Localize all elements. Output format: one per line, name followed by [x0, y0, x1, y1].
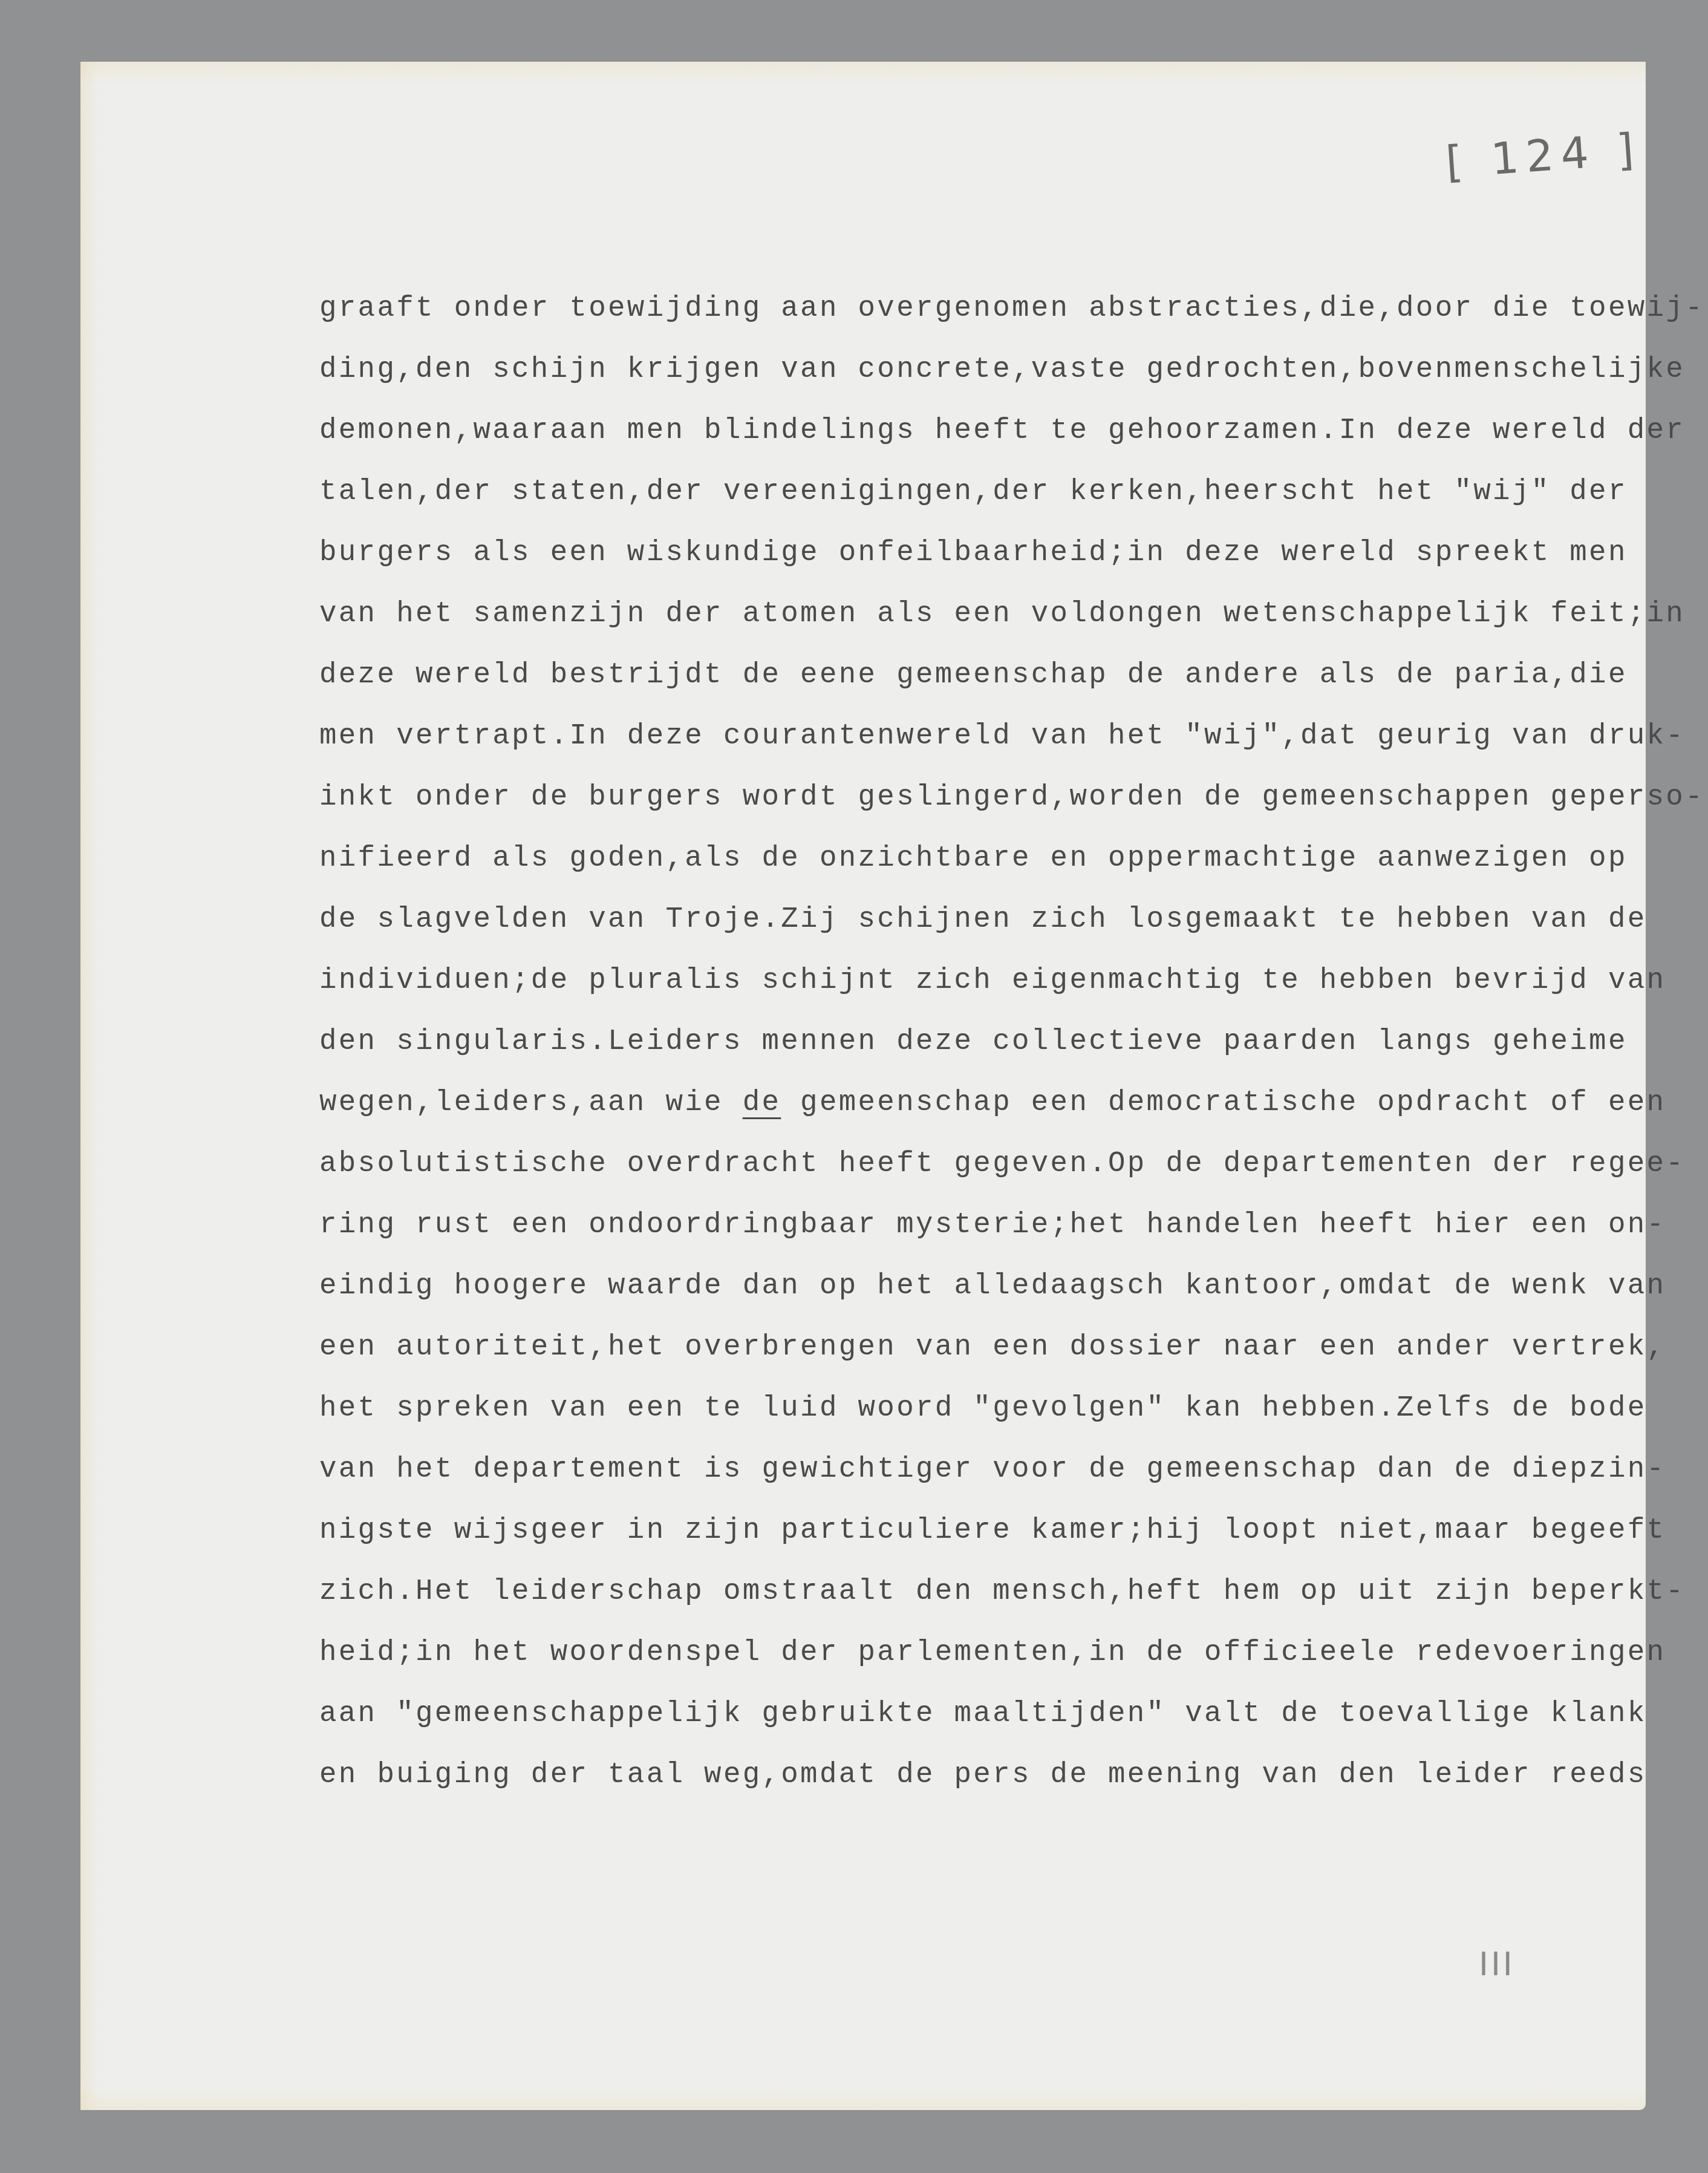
text-line: talen,der staten,der vereenigingen,der k… — [319, 462, 1650, 523]
text-line: heid;in het woordenspel der parlementen,… — [319, 1622, 1650, 1684]
text-line: nifieerd als goden,als de onzichtbare en… — [319, 828, 1650, 889]
text-line: absolutistische overdracht heeft gegeven… — [319, 1134, 1650, 1195]
text-line-underlined: wegen,leiders,aan wie de gemeenschap een… — [319, 1073, 1650, 1134]
text-line: van het departement is gewichtiger voor … — [319, 1439, 1650, 1500]
text-line: en buiging der taal weg,omdat de pers de… — [319, 1745, 1650, 1806]
text-line: graaft onder toewijding aan overgenomen … — [319, 278, 1650, 339]
text-line: het spreken van een te luid woord "gevol… — [319, 1378, 1650, 1439]
typewritten-text-body: graaft onder toewijding aan overgenomen … — [319, 278, 1650, 1806]
text-line: van het samenzijn der atomen als een vol… — [319, 584, 1650, 645]
text-line: een autoriteit,het overbrengen van een d… — [319, 1317, 1650, 1378]
text-line: ring rust een ondoordringbaar mysterie;h… — [319, 1195, 1650, 1256]
text-line: nigste wijsgeer in zijn particuliere kam… — [319, 1500, 1650, 1561]
text-line: burgers als een wiskundige onfeilbaarhei… — [319, 523, 1650, 584]
text-line: demonen,waaraan men blindelings heeft te… — [319, 400, 1650, 462]
pencil-tally-annotation: III — [1479, 1945, 1515, 1983]
text-line: deze wereld bestrijdt de eene gemeenscha… — [319, 645, 1650, 706]
text-line: individuen;de pluralis schijnt zich eige… — [319, 950, 1650, 1011]
text-line: eindig hoogere waarde dan op het alledaa… — [319, 1256, 1650, 1317]
text-line: den singularis.Leiders mennen deze colle… — [319, 1011, 1650, 1073]
text-line: aan "gemeenschappelijk gebruikte maaltij… — [319, 1684, 1650, 1745]
text-line: men vertrapt.In deze courantenwereld van… — [319, 706, 1650, 767]
text-line: zich.Het leiderschap omstraalt den mensc… — [319, 1561, 1650, 1622]
text-segment: gemeenschap een democratische opdracht o… — [781, 1086, 1666, 1119]
text-line: inkt onder de burgers wordt geslingerd,w… — [319, 767, 1650, 828]
text-line: ding,den schijn krijgen van concrete,vas… — [319, 339, 1650, 400]
underlined-word: de — [743, 1086, 781, 1119]
text-segment: wegen,leiders,aan wie — [319, 1086, 743, 1119]
text-line: de slagvelden van Troje.Zij schijnen zic… — [319, 889, 1650, 950]
